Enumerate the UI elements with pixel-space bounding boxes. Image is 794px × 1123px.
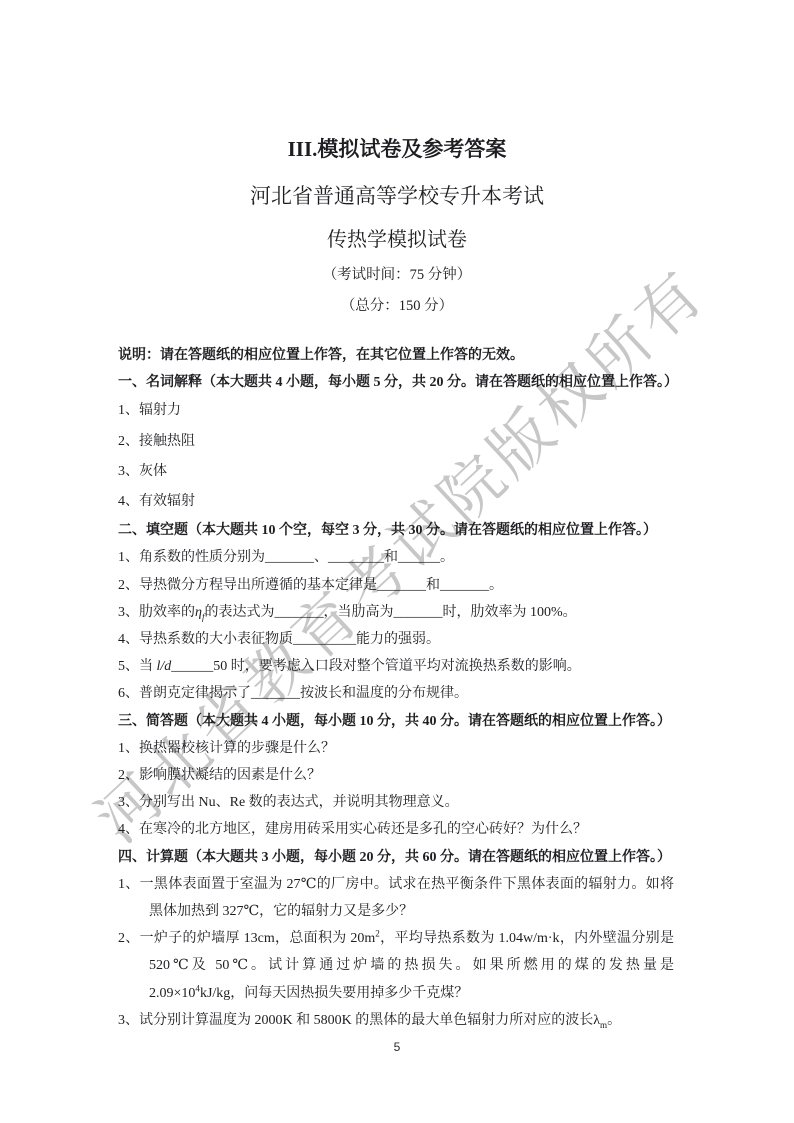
exam-sections: 一、名词解释（本大题共 4 小题，每小题 5 分，共 20 分。请在答题纸的相应… (118, 369, 674, 1034)
text-run: 4、在寒冷的北方地区，建房用砖采用实心砖还是多孔的空心砖好？为什么？ (118, 822, 587, 837)
exam-paper-page: 河北省教育考试院版权所有 III.模拟试卷及参考答案 河北省普通高等学校专升本考… (0, 0, 794, 1123)
section-1-heading: 一、名词解释（本大题共 4 小题，每小题 5 分，共 20 分。请在答题纸的相应… (118, 369, 674, 396)
text-run: 的表达式为_______，当肋高为_______时，肋效率为 100%。 (204, 605, 576, 620)
section-2-heading: 二、填空题（本大题共 10 个空，每空 3 分，共 30 分。请在答题纸的相应位… (118, 517, 674, 544)
text-run: 5、当 (118, 659, 157, 674)
text-run: 4、有效辐射 (118, 494, 195, 509)
section-2-question-3: 3、肋效率的ηf的表达式为_______，当肋高为_______时，肋效率为 1… (118, 599, 674, 626)
total-score-note: （总分：150 分） (0, 297, 794, 316)
text-run: 。 (607, 1013, 621, 1028)
text-run: ______50 时，要考虑入口段对整个管道平均对流换热系数的影响。 (171, 659, 581, 674)
exam-time-note: （考试时间：75 分钟） (0, 266, 794, 285)
section-1-question-1: 1、辐射力 (118, 396, 674, 426)
text-run: 2、接触热阻 (118, 434, 195, 449)
text-run: 1、辐射力 (118, 403, 181, 418)
section-2-question-5: 5、当 l/d______50 时，要考虑入口段对整个管道平均对流换热系数的影响… (118, 653, 674, 680)
section-2-question-6: 6、普朗克定律揭示了_______按波长和温度的分布规律。 (118, 680, 674, 707)
section-2-question-4: 4、导热系数的大小表征物质_________能力的强弱。 (118, 626, 674, 653)
page-content: III.模拟试卷及参考答案 河北省普通高等学校专升本考试 传热学模拟试卷 （考试… (0, 0, 794, 1123)
section-4-question-2: 2、一炉子的炉墙厚 13cm，总面积为 20m2，平均导热系数为 1.04w/m… (118, 925, 674, 1007)
section-2-question-2: 2、导热微分方程导出所遵循的基本定律是_______和_______。 (118, 572, 674, 599)
section-3-question-3: 3、分别写出 Nu、Re 数的表达式，并说明其物理意义。 (118, 789, 674, 816)
text-run: 6、普朗克定律揭示了_______按波长和温度的分布规律。 (118, 686, 468, 701)
paper-title: 传热学模拟试卷 (0, 227, 794, 253)
section-3-question-2: 2、影响膜状凝结的因素是什么？ (118, 762, 674, 789)
text-run: 2、影响膜状凝结的因素是什么？ (118, 768, 321, 783)
section-4-question-1: 1、一黑体表面置于室温为 27℃的厂房中。试求在热平衡条件下黑体表面的辐射力。如… (118, 871, 674, 925)
section-3-heading: 三、简答题（本大题共 4 小题，每小题 10 分，共 40 分。请在答题纸的相应… (118, 708, 674, 735)
text-run: l/d (157, 659, 172, 674)
paper-header: III.模拟试卷及参考答案 河北省普通高等学校专升本考试 传热学模拟试卷 （考试… (0, 137, 794, 316)
section-1-question-3: 3、灰体 (118, 457, 674, 487)
section-4-question-3: 3、试分别计算温度为 2000K 和 5800K 的黑体的最大单色辐射力所对应的… (118, 1007, 674, 1034)
text-run: 1、一黑体表面置于室温为 27℃的厂房中。试求在热平衡条件下黑体表面的辐射力。如… (118, 877, 674, 919)
document-title: III.模拟试卷及参考答案 (0, 137, 794, 162)
text-run: kJ/kg，问每天因热损失要用掉多少千克煤？ (200, 986, 468, 1001)
page-number: 5 (0, 1040, 794, 1054)
text-run: 3、分别写出 Nu、Re 数的表达式，并说明其物理意义。 (118, 795, 459, 810)
section-1-question-4: 4、有效辐射 (118, 487, 674, 517)
text-run: 1、换热器校核计算的步骤是什么？ (118, 741, 335, 756)
exam-body: 说明：请在答题纸的相应位置上作答，在其它位置上作答的无效。 一、名词解释（本大题… (118, 342, 674, 1034)
exam-title: 河北省普通高等学校专升本考试 (0, 183, 794, 210)
section-4-heading: 四、计算题（本大题共 3 小题，每小题 20 分，共 60 分。请在答题纸的相应… (118, 844, 674, 871)
section-1-question-2: 2、接触热阻 (118, 427, 674, 457)
section-2-question-1: 1、角系数的性质分别为_______、________和______。 (118, 544, 674, 571)
section-3-question-1: 1、换热器校核计算的步骤是什么？ (118, 735, 674, 762)
text-run: 1、角系数的性质分别为_______、________和______。 (118, 550, 454, 565)
text-run: 4、导热系数的大小表征物质_________能力的强弱。 (118, 632, 440, 647)
text-run: η (195, 605, 202, 620)
text-run: 2、一炉子的炉墙厚 13cm，总面积为 20m (118, 931, 375, 946)
section-3-question-4: 4、在寒冷的北方地区，建房用砖采用实心砖还是多孔的空心砖好？为什么？ (118, 816, 674, 843)
answer-sheet-instructions: 说明：请在答题纸的相应位置上作答，在其它位置上作答的无效。 (118, 342, 674, 369)
text-run: 3、试分别计算温度为 2000K 和 5800K 的黑体的最大单色辐射力所对应的… (118, 1013, 600, 1028)
text-run: 3、灰体 (118, 464, 167, 479)
text-run: 2、导热微分方程导出所遵循的基本定律是_______和_______。 (118, 578, 503, 593)
text-run: 3、肋效率的 (118, 605, 195, 620)
